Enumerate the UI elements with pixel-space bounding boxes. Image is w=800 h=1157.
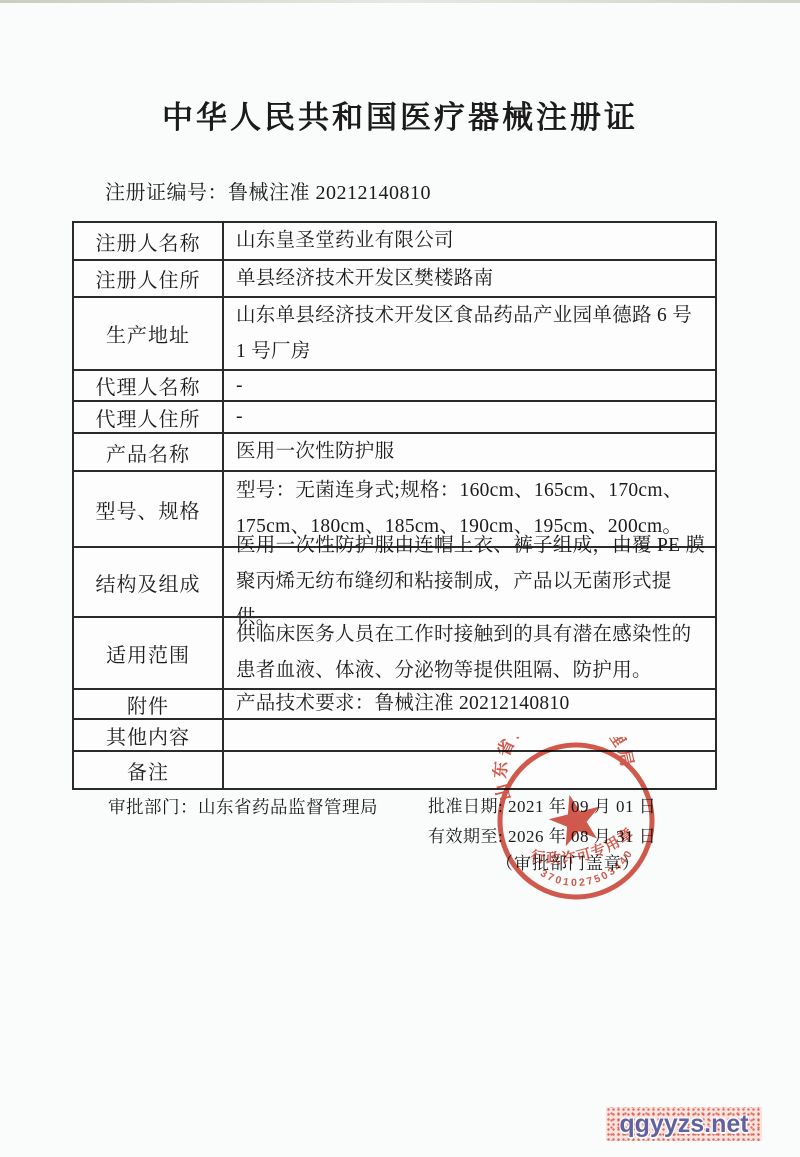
approval-date-value: 2021 年 09 月 01 日 bbox=[508, 797, 656, 816]
seal-caption: （审批部门盖章） bbox=[496, 849, 640, 874]
table-row: 代理人住所 - bbox=[74, 400, 715, 432]
row-label: 产品名称 bbox=[74, 434, 224, 470]
valid-until-label: 有效期至: bbox=[428, 827, 503, 846]
row-value: 单县经济技术开发区樊楼路南 bbox=[224, 261, 715, 296]
table-row: 结构及组成 医用一次性防护服由连帽上衣、裤子组成，由覆 PE 膜聚丙烯无纺布缝纫… bbox=[74, 546, 715, 616]
table-row: 产品名称 医用一次性防护服 bbox=[74, 432, 715, 470]
table-row: 注册人住所 单县经济技术开发区樊楼路南 bbox=[74, 259, 715, 296]
table-row: 适用范围 供临床医务人员在工作时接触到的具有潜在感染性的患者血液、体液、分泌物等… bbox=[74, 616, 715, 688]
approval-department: 审批部门：山东省药品监督管理局 bbox=[108, 794, 378, 819]
table-row: 代理人名称 - bbox=[74, 369, 715, 400]
row-label: 附件 bbox=[74, 690, 224, 718]
table-row: 注册人名称 山东皇圣堂药业有限公司 bbox=[74, 223, 715, 259]
row-value: 山东皇圣堂药业有限公司 bbox=[224, 223, 715, 259]
row-label: 适用范围 bbox=[74, 618, 224, 688]
row-label: 注册人名称 bbox=[74, 223, 224, 259]
row-label: 其他内容 bbox=[74, 720, 224, 750]
approval-date-label: 批准日期: bbox=[428, 797, 503, 816]
row-value: - bbox=[224, 402, 715, 432]
certificate-number: 注册证编号：鲁械注准 20212140810 bbox=[105, 176, 431, 205]
row-label: 结构及组成 bbox=[74, 548, 224, 616]
row-value: 山东单县经济技术开发区食品药品产业园单德路 6 号 1 号厂房 bbox=[224, 298, 715, 369]
site-watermark: qgyyzs.net bbox=[606, 1107, 762, 1141]
table-row: 附件 产品技术要求：鲁械注准 20212140810 bbox=[74, 688, 715, 718]
row-label: 备注 bbox=[74, 752, 224, 788]
row-label: 注册人住所 bbox=[74, 261, 224, 296]
row-label: 代理人住所 bbox=[74, 402, 224, 432]
scan-edge-artifact bbox=[0, 0, 800, 3]
table-row: 备注 bbox=[74, 750, 715, 788]
valid-until-value: 2026 年 08 月 31 日 bbox=[508, 827, 656, 846]
row-value: 供临床医务人员在工作时接触到的具有潜在感染性的患者血液、体液、分泌物等提供阻隔、… bbox=[224, 618, 715, 688]
row-value: 产品技术要求：鲁械注准 20212140810 bbox=[224, 690, 715, 718]
row-value: 医用一次性防护服由连帽上衣、裤子组成，由覆 PE 膜聚丙烯无纺布缝纫和粘接制成，… bbox=[224, 548, 715, 616]
page-title: 中华人民共和国医疗器械注册证 bbox=[0, 92, 800, 137]
watermark-text: qgyyzs.net bbox=[619, 1110, 748, 1139]
row-label: 代理人名称 bbox=[74, 371, 224, 400]
row-value bbox=[224, 752, 715, 788]
row-label: 型号、规格 bbox=[74, 472, 224, 546]
row-label: 生产地址 bbox=[74, 298, 224, 369]
valid-until-line: 有效期至: 2026 年 08 月 31 日 bbox=[428, 822, 656, 847]
table-row: 其他内容 bbox=[74, 718, 715, 750]
row-value: - bbox=[224, 371, 715, 400]
certificate-table: 注册人名称 山东皇圣堂药业有限公司 注册人住所 单县经济技术开发区樊楼路南 生产… bbox=[72, 221, 717, 790]
row-value bbox=[224, 720, 715, 750]
table-row: 生产地址 山东单县经济技术开发区食品药品产业园单德路 6 号 1 号厂房 bbox=[74, 296, 715, 369]
row-value: 医用一次性防护服 bbox=[224, 434, 715, 470]
approval-date-line: 批准日期: 2021 年 09 月 01 日 bbox=[428, 792, 656, 817]
